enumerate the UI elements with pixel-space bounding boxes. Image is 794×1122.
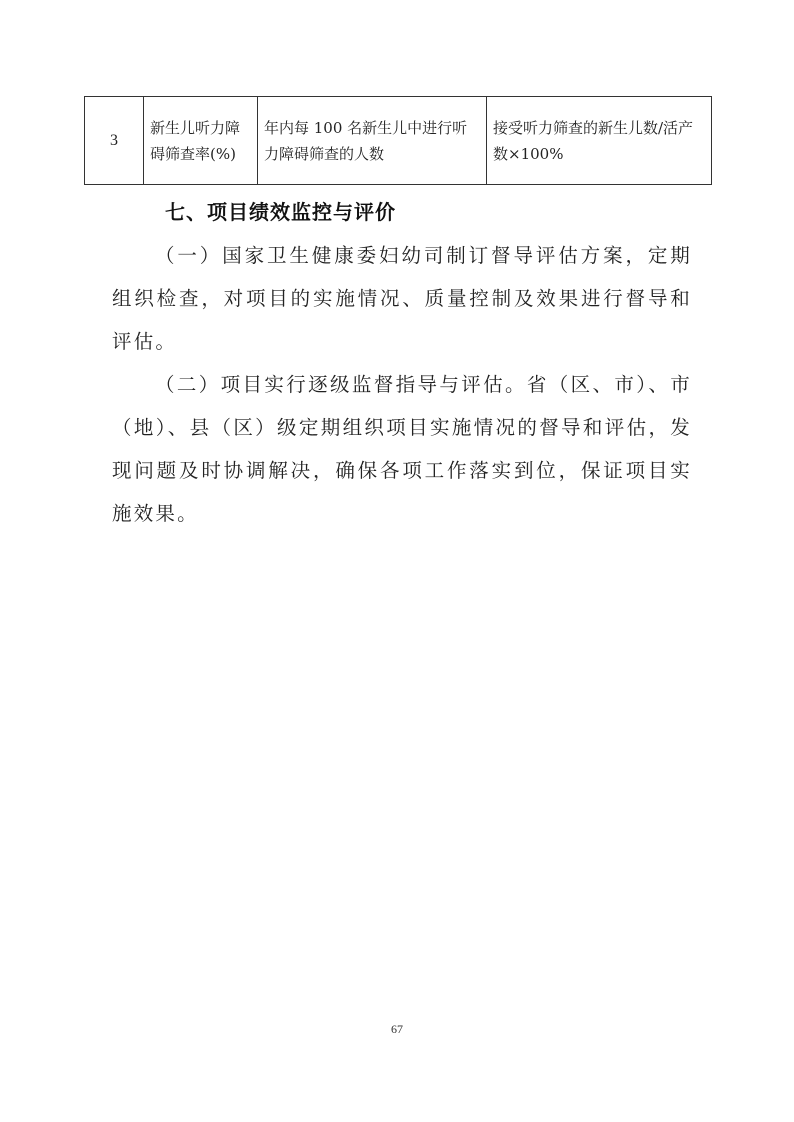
- indicator-formula-cell: 接受听力筛查的新生儿数/活产数×100%: [487, 97, 712, 185]
- section-heading: 七、项目绩效监控与评价: [165, 198, 396, 226]
- paragraph-1: （一）国家卫生健康委妇幼司制订督导评估方案，定期组织检查，对项目的实施情况、质量…: [112, 234, 692, 363]
- row-index-cell: 3: [85, 97, 144, 185]
- indicator-definition-cell: 年内每 100 名新生儿中进行听力障碍筛查的人数: [258, 97, 487, 185]
- table-row: 3 新生儿听力障碍筛查率(%) 年内每 100 名新生儿中进行听力障碍筛查的人数…: [85, 97, 712, 185]
- page-number: 67: [0, 1022, 794, 1037]
- indicator-table: 3 新生儿听力障碍筛查率(%) 年内每 100 名新生儿中进行听力障碍筛查的人数…: [84, 96, 712, 185]
- paragraph-2: （二）项目实行逐级监督指导与评估。省（区、市）、市（地）、县（区）级定期组织项目…: [112, 363, 692, 535]
- indicator-name-cell: 新生儿听力障碍筛查率(%): [144, 97, 258, 185]
